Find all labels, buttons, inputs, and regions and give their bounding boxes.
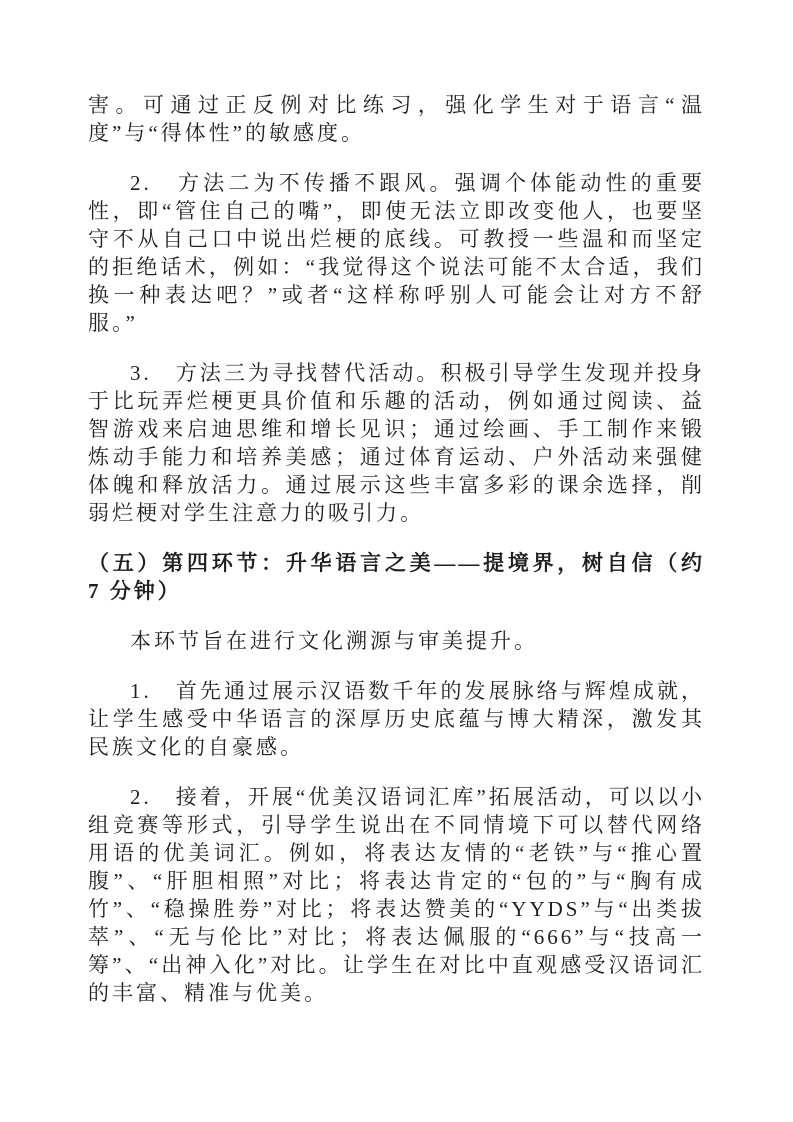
paragraph-stage-step-one: 1. 首先通过展示汉语数千年的发展脉络与辉煌成就，让学生感受中华语言的深厚历史底… [88,677,705,761]
paragraph-method-two: 2. 方法二为不传播不跟风。强调个体能动性的重要性，即“管住自己的嘴”，即使无法… [88,169,705,337]
paragraph-stage-purpose: 本环节旨在进行文化溯源与审美提升。 [88,627,705,655]
paragraph-stage-step-two: 2. 接着，开展“优美汉语词汇库”拓展活动，可以以小组竞赛等形式，引导学生说出在… [88,783,705,1007]
paragraph-method-three: 3. 方法三为寻找替代活动。积极引导学生发现并投身于比玩弄烂梗更具价值和乐趣的活… [88,359,705,527]
section-heading-stage-four: （五）第四环节：升华语言之美——提境界，树自信（约 7 分钟） [88,549,705,605]
document-page: 害。可通过正反例对比练习，强化学生对于语言“温度”与“得体性”的敏感度。 2. … [0,0,793,1122]
paragraph-continuation: 害。可通过正反例对比练习，强化学生对于语言“温度”与“得体性”的敏感度。 [88,91,705,147]
